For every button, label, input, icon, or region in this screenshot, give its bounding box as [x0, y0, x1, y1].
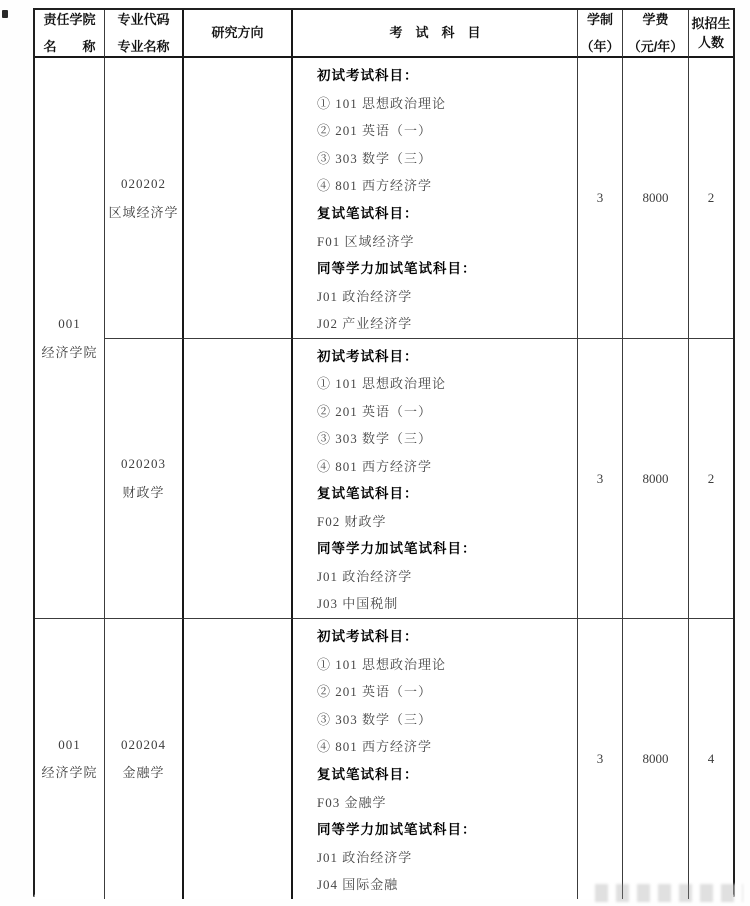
- subject-line: 初试考试科目：: [317, 623, 573, 651]
- subject-line: ③ 303 数学（三）: [317, 706, 573, 734]
- subject-line: 同等学力加试笔试科目：: [317, 536, 573, 564]
- header-duration-line1: 学制: [587, 12, 613, 28]
- college-code: 001: [58, 737, 81, 753]
- header-tuition-line1: 学费: [642, 12, 668, 28]
- header-tuition-line2: （元/年）: [628, 39, 684, 55]
- major-code: 020203: [121, 456, 166, 472]
- header-college-line1: 责任学院: [43, 12, 95, 28]
- duration-cell: 3: [578, 58, 623, 339]
- major-code: 020204: [121, 737, 166, 753]
- subject-line: ④ 801 西方经济学: [317, 172, 573, 200]
- header-enrollment: 拟招生 人数: [689, 10, 733, 58]
- header-major-line2: 专业名称: [117, 39, 169, 55]
- header-subjects: 考 试 科 目: [293, 10, 578, 58]
- subject-line: 初试考试科目：: [317, 62, 573, 90]
- enrollment-value: 2: [708, 190, 715, 206]
- subject-line: ② 201 英语（一）: [317, 678, 573, 706]
- major-cell: 020203 财政学: [105, 339, 184, 619]
- header-major: 专业代码 专业名称: [105, 10, 184, 58]
- header-subjects-label: 考 试 科 目: [389, 25, 480, 41]
- direction-cell: [184, 58, 293, 339]
- header-enrollment-line2: 人数: [698, 35, 724, 51]
- major-name: 金融学: [122, 765, 164, 781]
- header-major-line1: 专业代码: [117, 12, 169, 28]
- subject-line: J03 中国税制: [317, 591, 573, 619]
- duration-cell: 3: [578, 619, 623, 899]
- header-duration-line2: （年）: [580, 39, 619, 55]
- duration-cell: 3: [578, 339, 623, 619]
- subject-line: 同等学力加试笔试科目：: [317, 816, 573, 844]
- header-tuition: 学费 （元/年）: [623, 10, 689, 58]
- direction-cell: [184, 339, 293, 619]
- subjects-cell: 初试考试科目： ① 101 思想政治理论 ② 201 英语（一） ③ 303 数…: [293, 619, 578, 899]
- tuition-cell: 8000: [623, 619, 689, 899]
- college-name: 经济学院: [41, 765, 97, 781]
- enrollment-value: 4: [708, 751, 715, 767]
- subject-line: F02 财政学: [317, 508, 573, 536]
- enrollment-cell: 2: [689, 58, 733, 339]
- tuition-value: 8000: [643, 751, 669, 767]
- subject-line: F01 区域经济学: [317, 228, 573, 256]
- subject-line: ② 201 英语（一）: [317, 117, 573, 145]
- duration-value: 3: [597, 190, 604, 206]
- subject-line: ① 101 思想政治理论: [317, 371, 573, 399]
- major-cell: 020202 区域经济学: [105, 58, 184, 339]
- tuition-cell: 8000: [623, 339, 689, 619]
- college-name: 经济学院: [41, 345, 97, 361]
- subject-line: ① 101 思想政治理论: [317, 651, 573, 679]
- subject-line: F03 金融学: [317, 789, 573, 817]
- subject-line: J01 政治经济学: [317, 283, 573, 311]
- admissions-table: 责任学院 名 称 专业代码 专业名称 研究方向 考 试 科 目 学制 （年） 学…: [33, 8, 735, 897]
- subjects-cell: 初试考试科目： ① 101 思想政治理论 ② 201 英语（一） ③ 303 数…: [293, 339, 578, 619]
- major-code: 020202: [121, 176, 166, 192]
- subject-line: 同等学力加试笔试科目：: [317, 255, 573, 283]
- college-code: 001: [58, 316, 81, 332]
- subjects-cell: 初试考试科目： ① 101 思想政治理论 ② 201 英语（一） ③ 303 数…: [293, 58, 578, 339]
- enrollment-cell: 2: [689, 339, 733, 619]
- subject-line: J02 产业经济学: [317, 310, 573, 338]
- header-direction-label: 研究方向: [211, 25, 263, 41]
- header-enrollment-line1: 拟招生: [691, 16, 730, 32]
- subject-line: ③ 303 数学（三）: [317, 145, 573, 173]
- enrollment-value: 2: [708, 471, 715, 487]
- subject-line: ④ 801 西方经济学: [317, 733, 573, 761]
- major-name: 财政学: [122, 485, 164, 501]
- tuition-value: 8000: [643, 471, 669, 487]
- header-college-line2: 名 称: [43, 39, 95, 55]
- header-college: 责任学院 名 称: [35, 10, 105, 58]
- college-cell-group2: 001 经济学院: [35, 619, 105, 899]
- subject-line: J01 政治经济学: [317, 844, 573, 872]
- duration-value: 3: [597, 751, 604, 767]
- major-name: 区域经济学: [108, 205, 178, 221]
- subject-line: ② 201 英语（一）: [317, 398, 573, 426]
- subject-line: ① 101 思想政治理论: [317, 90, 573, 118]
- subject-line: J01 政治经济学: [317, 563, 573, 591]
- major-cell: 020204 金融学: [105, 619, 184, 899]
- subject-line: 复试笔试科目：: [317, 481, 573, 509]
- scan-artifact: [2, 10, 8, 18]
- subject-line: 复试笔试科目：: [317, 200, 573, 228]
- header-direction: 研究方向: [184, 10, 293, 58]
- subject-line: ④ 801 西方经济学: [317, 453, 573, 481]
- subject-line: J04 国际金融: [317, 871, 573, 899]
- tuition-value: 8000: [643, 190, 669, 206]
- subject-line: ③ 303 数学（三）: [317, 426, 573, 454]
- tuition-cell: 8000: [623, 58, 689, 339]
- duration-value: 3: [597, 471, 604, 487]
- direction-cell: [184, 619, 293, 899]
- enrollment-cell: 4: [689, 619, 733, 899]
- subject-line: 复试笔试科目：: [317, 761, 573, 789]
- college-cell-group1: 001 经济学院: [35, 58, 105, 619]
- header-duration: 学制 （年）: [578, 10, 623, 58]
- subject-line: 初试考试科目：: [317, 343, 573, 371]
